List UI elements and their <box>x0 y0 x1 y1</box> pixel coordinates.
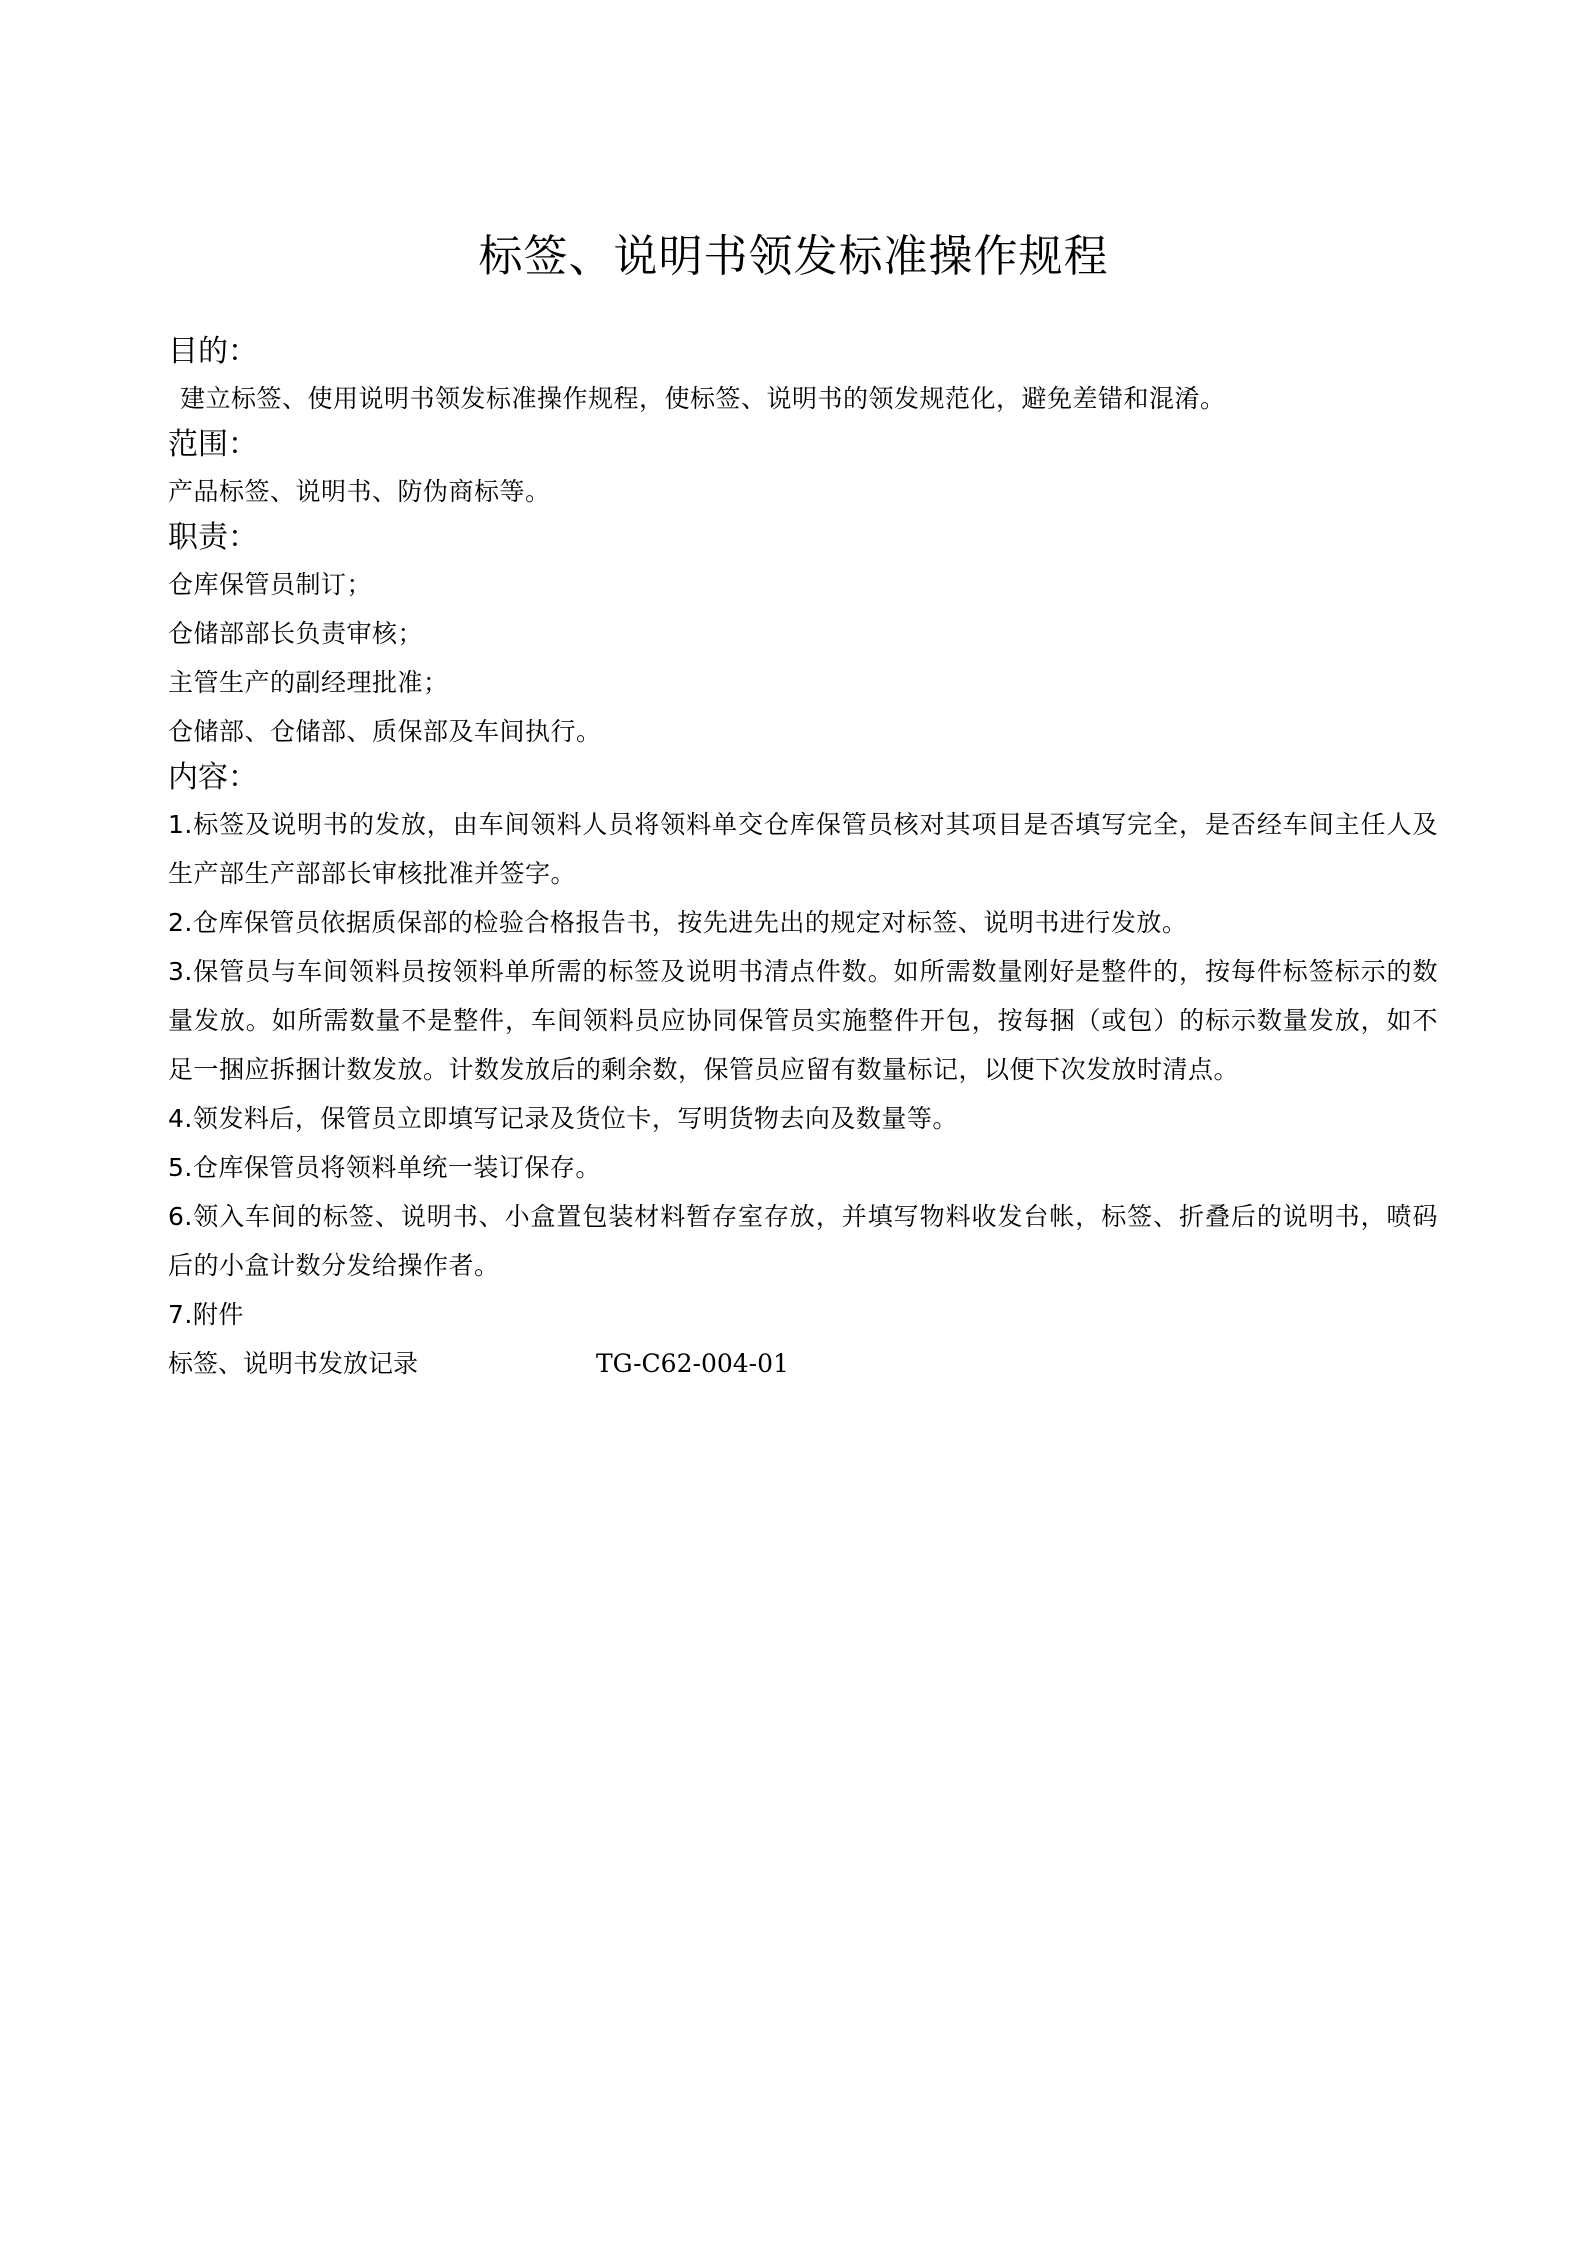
attachment-name: 标签、说明书发放记录 <box>168 1339 596 1388</box>
content-item: 7.附件 <box>168 1290 1438 1339</box>
purpose-heading: 目的： <box>168 330 1438 374</box>
attachment-code: TG-C62-004-01 <box>596 1339 789 1388</box>
scope-heading: 范围： <box>168 423 1438 467</box>
content-item: 4.领发料后，保管员立即填写记录及货位卡，写明货物去向及数量等。 <box>168 1094 1438 1143</box>
content-item: 5.仓库保管员将领料单统一装订保存。 <box>168 1143 1438 1192</box>
document-title: 标签、说明书领发标准操作规程 <box>0 227 1587 287</box>
responsibility-heading: 职责： <box>168 516 1438 560</box>
content-item: 2.仓库保管员依据质保部的检验合格报告书，按先进先出的规定对标签、说明书进行发放… <box>168 898 1438 947</box>
content-item: 1.标签及说明书的发放，由车间领料人员将领料单交仓库保管员核对其项目是否填写完全… <box>168 800 1438 898</box>
responsibility-item: 主管生产的副经理批准； <box>168 658 1438 707</box>
content-item: 3.保管员与车间领料员按领料单所需的标签及说明书清点件数。如所需数量刚好是整件的… <box>168 947 1438 1094</box>
document-body: 目的： 建立标签、使用说明书领发标准操作规程，使标签、说明书的领发规范化，避免差… <box>168 330 1438 1388</box>
content-item: 6.领入车间的标签、说明书、小盒置包装材料暂存室存放，并填写物料收发台帐，标签、… <box>168 1192 1438 1290</box>
attachment-row: 标签、说明书发放记录 TG-C62-004-01 <box>168 1339 1438 1388</box>
responsibility-item: 仓储部部长负责审核； <box>168 609 1438 658</box>
content-heading: 内容： <box>168 756 1438 800</box>
responsibility-item: 仓库保管员制订； <box>168 560 1438 609</box>
scope-text: 产品标签、说明书、防伪商标等。 <box>168 467 1438 516</box>
purpose-text: 建立标签、使用说明书领发标准操作规程，使标签、说明书的领发规范化，避免差错和混淆… <box>168 374 1438 423</box>
document-page: 标签、说明书领发标准操作规程 目的： 建立标签、使用说明书领发标准操作规程，使标… <box>0 0 1587 2245</box>
responsibility-item: 仓储部、仓储部、质保部及车间执行。 <box>168 707 1438 756</box>
